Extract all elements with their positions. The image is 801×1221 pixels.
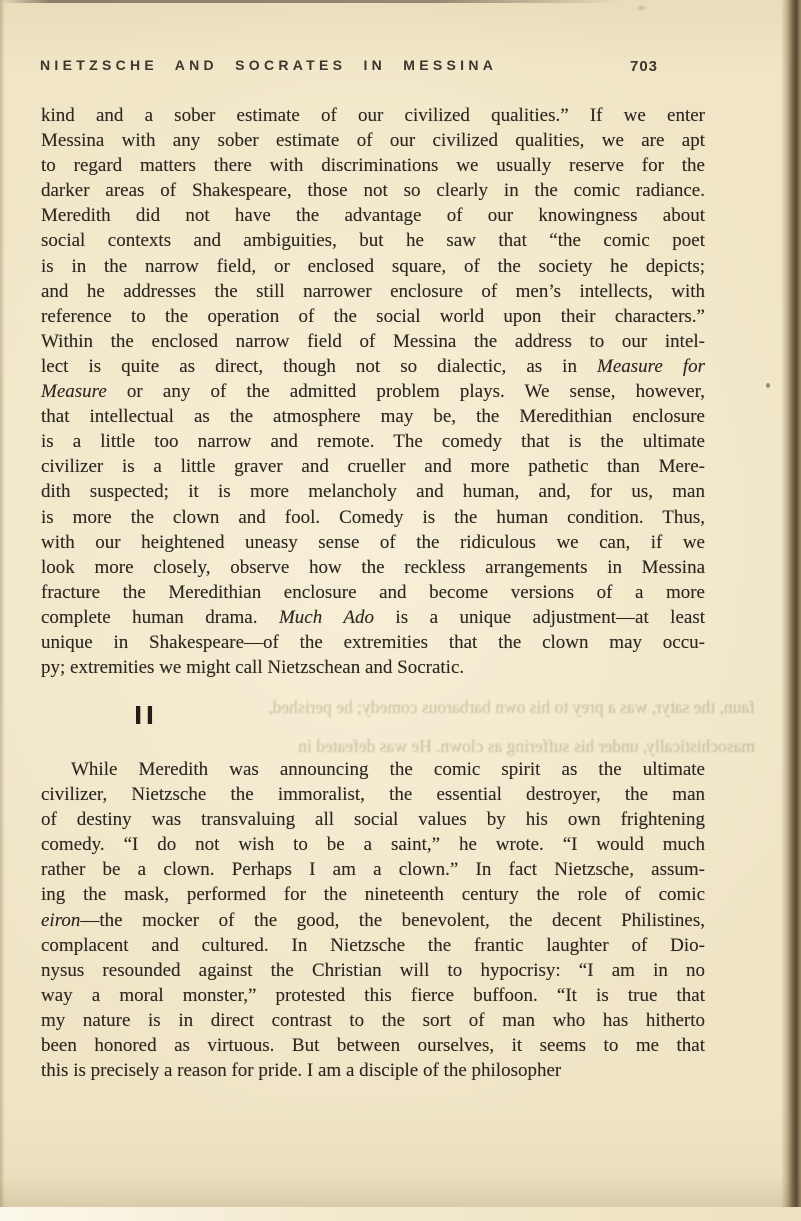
text-segment: to regard matters there with discriminat… xyxy=(41,155,705,176)
page-bottom-shadow xyxy=(0,1177,801,1207)
text-line: been honored as virtuous. But between ou… xyxy=(41,1033,705,1058)
text-line: darker areas of Shakespeare, those not s… xyxy=(41,178,705,203)
text-segment: py; extremities we might call Nietzschea… xyxy=(41,657,464,678)
text-line: ing the mask, performed for the nineteen… xyxy=(41,882,705,907)
text-segment: reference to the operation of the social… xyxy=(41,306,705,327)
text-line: Meredith did not have the advantage of o… xyxy=(41,203,705,228)
text-line: dith suspected; it is more melancholy an… xyxy=(41,479,705,504)
text-line: kind and a sober estimate of our civiliz… xyxy=(41,103,705,128)
text-segment: While Meredith was announcing the comic … xyxy=(71,759,705,780)
italic-text-segment: eiron xyxy=(41,910,80,931)
text-line: and he addresses the still narrower encl… xyxy=(41,279,705,304)
italic-text-segment: Measure for xyxy=(597,356,705,377)
text-segment: and he addresses the still narrower encl… xyxy=(41,281,705,302)
text-line: is more the clown and fool. Comedy is th… xyxy=(41,505,705,530)
text-line: that intellectual as the atmosphere may … xyxy=(41,404,705,429)
body-paragraph-1: kind and a sober estimate of our civiliz… xyxy=(41,103,705,680)
page-bottom-edge xyxy=(0,1207,801,1221)
paper-speck xyxy=(766,383,770,388)
text-segment: fracture the Meredithian enclosure and b… xyxy=(41,582,705,603)
text-line: way a moral monster,” protested this fie… xyxy=(41,983,705,1008)
text-segment: way a moral monster,” protested this fie… xyxy=(41,985,705,1006)
text-segment: look more closely, observe how the reckl… xyxy=(41,557,705,578)
text-segment: civilizer, Nietzsche the immoralist, the… xyxy=(41,784,705,805)
text-segment: lect is quite as direct, though not so d… xyxy=(41,356,597,377)
text-line: civilizer, Nietzsche the immoralist, the… xyxy=(41,782,705,807)
text-segment: ing the mask, performed for the nineteen… xyxy=(41,884,705,905)
text-line: civilizer is a little graver and cruelle… xyxy=(41,454,705,479)
text-line: is a little too narrow and remote. The c… xyxy=(41,429,705,454)
text-segment: complacent and cultured. In Nietzsche th… xyxy=(41,935,705,956)
text-segment: or any of the admitted problem plays. We… xyxy=(107,381,705,402)
text-line: While Meredith was announcing the comic … xyxy=(41,757,705,782)
text-segment: of destiny was transvaluing all social v… xyxy=(41,809,705,830)
text-line: with our heightened uneasy sense of the … xyxy=(41,530,705,555)
text-segment: civilizer is a little graver and cruelle… xyxy=(41,456,705,477)
text-line: Within the enclosed narrow field of Mess… xyxy=(41,329,705,354)
page-number: 703 xyxy=(630,58,658,75)
text-segment: that intellectual as the atmosphere may … xyxy=(41,406,705,427)
text-segment: is a unique adjustment—at least xyxy=(374,607,705,628)
text-segment: with our heightened uneasy sense of the … xyxy=(41,532,705,553)
text-segment: comedy. “I do not wish to be a saint,” h… xyxy=(41,834,705,855)
text-line: my nature is in direct contrast to the s… xyxy=(41,1008,705,1033)
running-head-title: NIETZSCHE AND SOCRATES IN MESSINA xyxy=(40,57,497,73)
text-segment: kind and a sober estimate of our civiliz… xyxy=(41,105,705,126)
text-line: fracture the Meredithian enclosure and b… xyxy=(41,580,705,605)
text-segment: been honored as virtuous. But between ou… xyxy=(41,1035,705,1056)
paper-smudge xyxy=(637,6,646,10)
running-head: NIETZSCHE AND SOCRATES IN MESSINA 703 xyxy=(40,57,760,81)
text-line: lect is quite as direct, though not so d… xyxy=(41,354,705,379)
page-right-edge-binding xyxy=(781,0,801,1221)
text-segment: my nature is in direct contrast to the s… xyxy=(41,1010,705,1031)
text-segment: complete human drama. xyxy=(41,607,279,628)
section-heading-II: II xyxy=(134,700,158,731)
text-line: complacent and cultured. In Nietzsche th… xyxy=(41,933,705,958)
text-line: reference to the operation of the social… xyxy=(41,304,705,329)
text-segment: social contexts and ambiguities, but he … xyxy=(41,230,705,251)
text-line: Messina with any sober estimate of our c… xyxy=(41,128,705,153)
text-line: unique in Shakespeare—of the extremities… xyxy=(41,630,705,655)
text-line: complete human drama. Much Ado is a uniq… xyxy=(41,605,705,630)
text-line: look more closely, observe how the reckl… xyxy=(41,555,705,580)
text-segment: rather be a clown. Perhaps I am a clown.… xyxy=(41,859,705,880)
text-line: rather be a clown. Perhaps I am a clown.… xyxy=(41,857,705,882)
italic-text-segment: Measure xyxy=(41,381,107,402)
text-segment: nysus resounded against the Christian wi… xyxy=(41,960,705,981)
text-segment: is a little too narrow and remote. The c… xyxy=(41,431,705,452)
text-segment: is in the narrow field, or enclosed squa… xyxy=(41,256,705,277)
text-segment: unique in Shakespeare—of the extremities… xyxy=(41,632,705,653)
text-line: social contexts and ambiguities, but he … xyxy=(41,228,705,253)
text-line: comedy. “I do not wish to be a saint,” h… xyxy=(41,832,705,857)
text-segment: this is precisely a reason for pride. I … xyxy=(41,1060,561,1081)
text-line: Measure or any of the admitted problem p… xyxy=(41,379,705,404)
page-top-edge-shadow xyxy=(0,0,620,3)
text-segment: —the mocker of the good, the benevolent,… xyxy=(80,910,705,931)
text-line: this is precisely a reason for pride. I … xyxy=(41,1058,705,1083)
ghost-bleedthrough-text: faun, the satyr, was a prey to his own b… xyxy=(55,688,755,766)
italic-text-segment: Much Ado xyxy=(279,607,374,628)
text-line: to regard matters there with discriminat… xyxy=(41,153,705,178)
body-paragraph-2: While Meredith was announcing the comic … xyxy=(41,757,705,1083)
text-line: nysus resounded against the Christian wi… xyxy=(41,958,705,983)
text-segment: Within the enclosed narrow field of Mess… xyxy=(41,331,705,352)
text-segment: darker areas of Shakespeare, those not s… xyxy=(41,180,705,201)
text-line: of destiny was transvaluing all social v… xyxy=(41,807,705,832)
text-segment: is more the clown and fool. Comedy is th… xyxy=(41,507,705,528)
page-left-edge-shadow xyxy=(0,0,5,1221)
scanned-book-page: faun, the satyr, was a prey to his own b… xyxy=(0,0,801,1221)
ghost-line: faun, the satyr, was a prey to his own b… xyxy=(55,688,755,727)
text-line: py; extremities we might call Nietzschea… xyxy=(41,655,705,680)
text-line: is in the narrow field, or enclosed squa… xyxy=(41,254,705,279)
text-segment: dith suspected; it is more melancholy an… xyxy=(41,481,705,502)
text-segment: Messina with any sober estimate of our c… xyxy=(41,130,705,151)
text-line: eiron—the mocker of the good, the benevo… xyxy=(41,908,705,933)
text-segment: Meredith did not have the advantage of o… xyxy=(41,205,705,226)
